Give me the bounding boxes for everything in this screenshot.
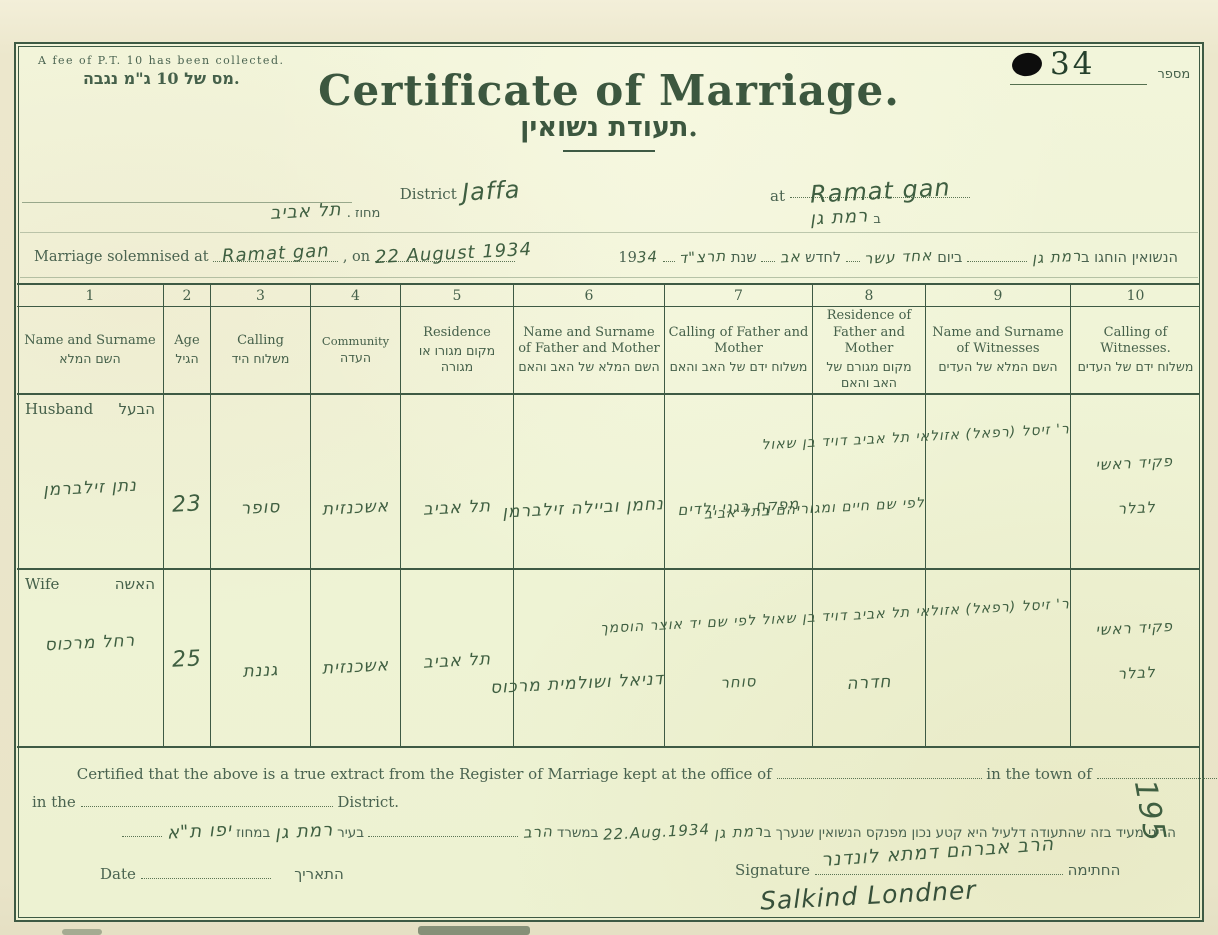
wife-name-handwritten: רחל מרכוס [17, 630, 164, 656]
district-label: District [400, 185, 457, 203]
at-group: at Ramat gan [770, 180, 970, 205]
wife-age-cell: 25 [164, 570, 211, 746]
husband-residence-handwritten: תל אביב [401, 496, 514, 521]
wife-witnesses-handwritten: ר' זיסל (רפאל) אזולאי תל אביב דויד בן שא… [925, 590, 1070, 627]
certification-line-2: in the District. [32, 790, 399, 811]
date-label-hebrew: התאריך [294, 865, 344, 883]
header-parents-residence: Residence of Father and Motherמקום מגורם… [813, 307, 926, 395]
year-handwritten: 34 [636, 249, 658, 267]
husband-witnesses-handwritten: ר' זיסל (רפאל) אזולאי תל אביב דויד בן שא… [925, 415, 1070, 452]
col-number: 9 [926, 285, 1071, 307]
husband-community-handwritten: אשכנזית [311, 497, 401, 520]
wife-witnesses-cell: ר' זיסל (רפאל) אזולאי תל אביב דויד בן שא… [926, 570, 1071, 746]
col-number: 10 [1071, 285, 1200, 307]
wife-parents-cell: דניאל ושולמית מרכוס [514, 570, 665, 746]
date-blank [141, 862, 271, 879]
col-number: 7 [665, 285, 813, 307]
day-label-hebrew: ביום [937, 250, 962, 266]
wife-residence-cell: תל אביב [401, 570, 514, 746]
header-parents-calling: Calling of Father and Motherמשלוח ידם של… [665, 307, 813, 395]
district-group-hebrew: מחוז . תל אביב [270, 202, 380, 222]
district-value-hebrew-handwritten: תל אביב [270, 200, 343, 224]
day-value-handwritten: אחד עשר [864, 247, 933, 267]
certification-place-handwritten: רמת גן [714, 823, 764, 842]
header-witnesses-name: Name and Surname of Witnessesהשם המלא של… [926, 307, 1071, 395]
month-label-hebrew: לחדש [805, 250, 841, 266]
solemnised-prefix-hebrew: הנשואין הוחגו ב [1081, 250, 1178, 266]
col-number: 6 [514, 285, 665, 307]
husband-witnesses-cell: ר' זיסל (רפאל) אזולאי תל אביב דויד בן שא… [926, 395, 1071, 570]
year-label-hebrew: שנת [731, 250, 757, 266]
husband-parents-handwritten: נחמן וביילה זילברמן [514, 495, 665, 522]
solemnised-place-hebrew-handwritten: רמת גן [1031, 248, 1081, 267]
wife-parents-residence-handwritten: חדרה [813, 671, 926, 696]
wife-witnesses-calling-handwritten: פקיד ראשי לבלר [1069, 603, 1203, 700]
office-blank [777, 762, 982, 779]
wife-residence-handwritten: תל אביב [401, 649, 514, 674]
at-value-handwritten: Ramat gan [809, 174, 951, 208]
wife-parents-handwritten: דניאל ושולמית מרכוס [514, 670, 665, 697]
at-label-hebrew: ב [873, 212, 881, 227]
district-value-handwritten-footer: יפו ת"א [166, 820, 232, 843]
husband-calling-cell: סופר [211, 395, 311, 570]
town-value-handwritten: רמת גן [274, 821, 333, 844]
husband-parents-residence-handwritten: לפי שם חיים ומגוריהם בתל אביב [813, 496, 926, 517]
at-label: at [770, 187, 785, 205]
certification-line-1: Certified that the above is a true extra… [32, 762, 1192, 783]
district-row-rule [20, 232, 1198, 233]
certification-date-handwritten: 22.Aug.1934 [602, 821, 710, 843]
wife-parents-calling-cell: סוחר [665, 570, 813, 746]
solemnised-line-english: Marriage solemnised at Ramat gan , on 22… [34, 246, 515, 265]
signature-label-hebrew: החתימה [1068, 861, 1121, 879]
husband-parents-residence-cell: לפי שם חיים ומגוריהם בתל אביב [813, 395, 926, 570]
scan-smudge [62, 929, 102, 935]
wife-age-handwritten: 25 [163, 647, 210, 674]
wife-parents-calling-handwritten: סוחר [665, 670, 813, 694]
husband-age-handwritten: 23 [163, 492, 210, 519]
husband-witnesses-calling-cell: פקיד ראשי לבלר [1071, 395, 1200, 570]
certification-text-2: in the town of [986, 765, 1091, 783]
col-number: 4 [311, 285, 401, 307]
town-label-hebrew: בעיר [337, 825, 364, 841]
certification-text-3: in the [32, 793, 76, 811]
wife-name-cell: Wifeהאשה רחל מרכוס [17, 570, 164, 746]
certification-text-4: District. [337, 793, 399, 811]
scan-smudge [418, 926, 530, 935]
year-value-hebrew-handwritten: תרצ"ד [679, 248, 727, 267]
certificate-title-hebrew: תעודת נשואין. [0, 112, 1218, 143]
at-value-hebrew-handwritten: רמת גן [810, 206, 869, 229]
wife-parents-residence-cell: חדרה [813, 570, 926, 746]
office-value-handwritten: הרב [522, 823, 553, 841]
col-number: 1 [17, 285, 164, 307]
month-value-handwritten: אב [779, 249, 801, 267]
table-top-rule [20, 277, 1198, 278]
husband-name-handwritten: נתן זילברמן [17, 475, 164, 501]
husband-witnesses-calling-handwritten: פקיד ראשי לבלר [1069, 438, 1203, 535]
header-calling: Callingמשלוח היד [211, 307, 311, 395]
col-number: 2 [164, 285, 211, 307]
header-residence: Residenceמקום מגורו או מגורה [401, 307, 514, 395]
signature-blank: הרב אברהם דמתא לונדנר [815, 858, 1063, 875]
marriage-register-table: 1 2 3 4 5 6 7 8 9 10 Name and Surnameהשם… [17, 283, 1200, 748]
husband-name-cell: Husbandהבעל נתן זילברמן [17, 395, 164, 570]
col-number: 8 [813, 285, 926, 307]
certification-text-1: Certified that the above is a true extra… [77, 765, 772, 783]
wife-community-cell: אשכנזית [311, 570, 401, 746]
wife-row-label-en: Wife [25, 575, 59, 593]
at-group-hebrew: ב רמת גן [810, 208, 881, 228]
header-community: Communityהעדה [311, 307, 401, 395]
signature-row: Signature הרב אברהם דמתא לונדנר החתימה [735, 858, 1120, 879]
header-parents-name: Name and Surname of Father and Motherהשם… [514, 307, 665, 395]
wife-calling-handwritten: גננת [211, 659, 311, 683]
husband-row-label-he: הבעל [119, 400, 155, 418]
col-number: 3 [211, 285, 311, 307]
wife-witnesses-calling-cell: פקיד ראשי לבלר [1071, 570, 1200, 746]
husband-age-cell: 23 [164, 395, 211, 570]
office-label-hebrew: במשרד [557, 825, 599, 841]
husband-calling-handwritten: סופר [211, 496, 311, 520]
title-underline [563, 150, 655, 152]
husband-community-cell: אשכנזית [311, 395, 401, 570]
col-number: 5 [401, 285, 514, 307]
wife-community-handwritten: אשכנזית [311, 656, 401, 679]
on-label: , on [343, 249, 370, 265]
date-row: Date התאריך [100, 862, 344, 883]
wife-row-label-he: האשה [115, 575, 155, 593]
district-label-hebrew: מחוז . [347, 206, 381, 221]
certificate-title-english: Certificate of Marriage. [0, 66, 1218, 115]
date-label: Date [100, 865, 136, 883]
district-value-handwritten: Jaffa [461, 176, 521, 205]
district-blank [81, 790, 333, 807]
wife-calling-cell: גננת [211, 570, 311, 746]
husband-residence-cell: תל אביב [401, 395, 514, 570]
husband-row-label-en: Husband [25, 400, 93, 418]
husband-parents-calling-cell: מפקח בגני ילדים [665, 395, 813, 570]
header-witnesses-calling: Calling of Witnesses.משלוח ידם של העדים [1071, 307, 1200, 395]
year-printed: 19 [618, 250, 636, 266]
solemnised-place-handwritten: Ramat gan [221, 241, 330, 266]
solemnised-prefix: Marriage solemnised at [34, 249, 209, 265]
town-blank [1097, 762, 1217, 779]
signature-label: Signature [735, 861, 810, 879]
header-age: Ageהגיל [164, 307, 211, 395]
district-label-hebrew-footer: במחוז [236, 825, 270, 841]
header-name: Name and Surnameהשם המלא [17, 307, 164, 395]
solemnised-line-hebrew: הנשואין הוחגו ברמת גן ביום אחד עשר לחדש … [618, 246, 1178, 266]
husband-parents-cell: נחמן וביילה זילברמן [514, 395, 665, 570]
